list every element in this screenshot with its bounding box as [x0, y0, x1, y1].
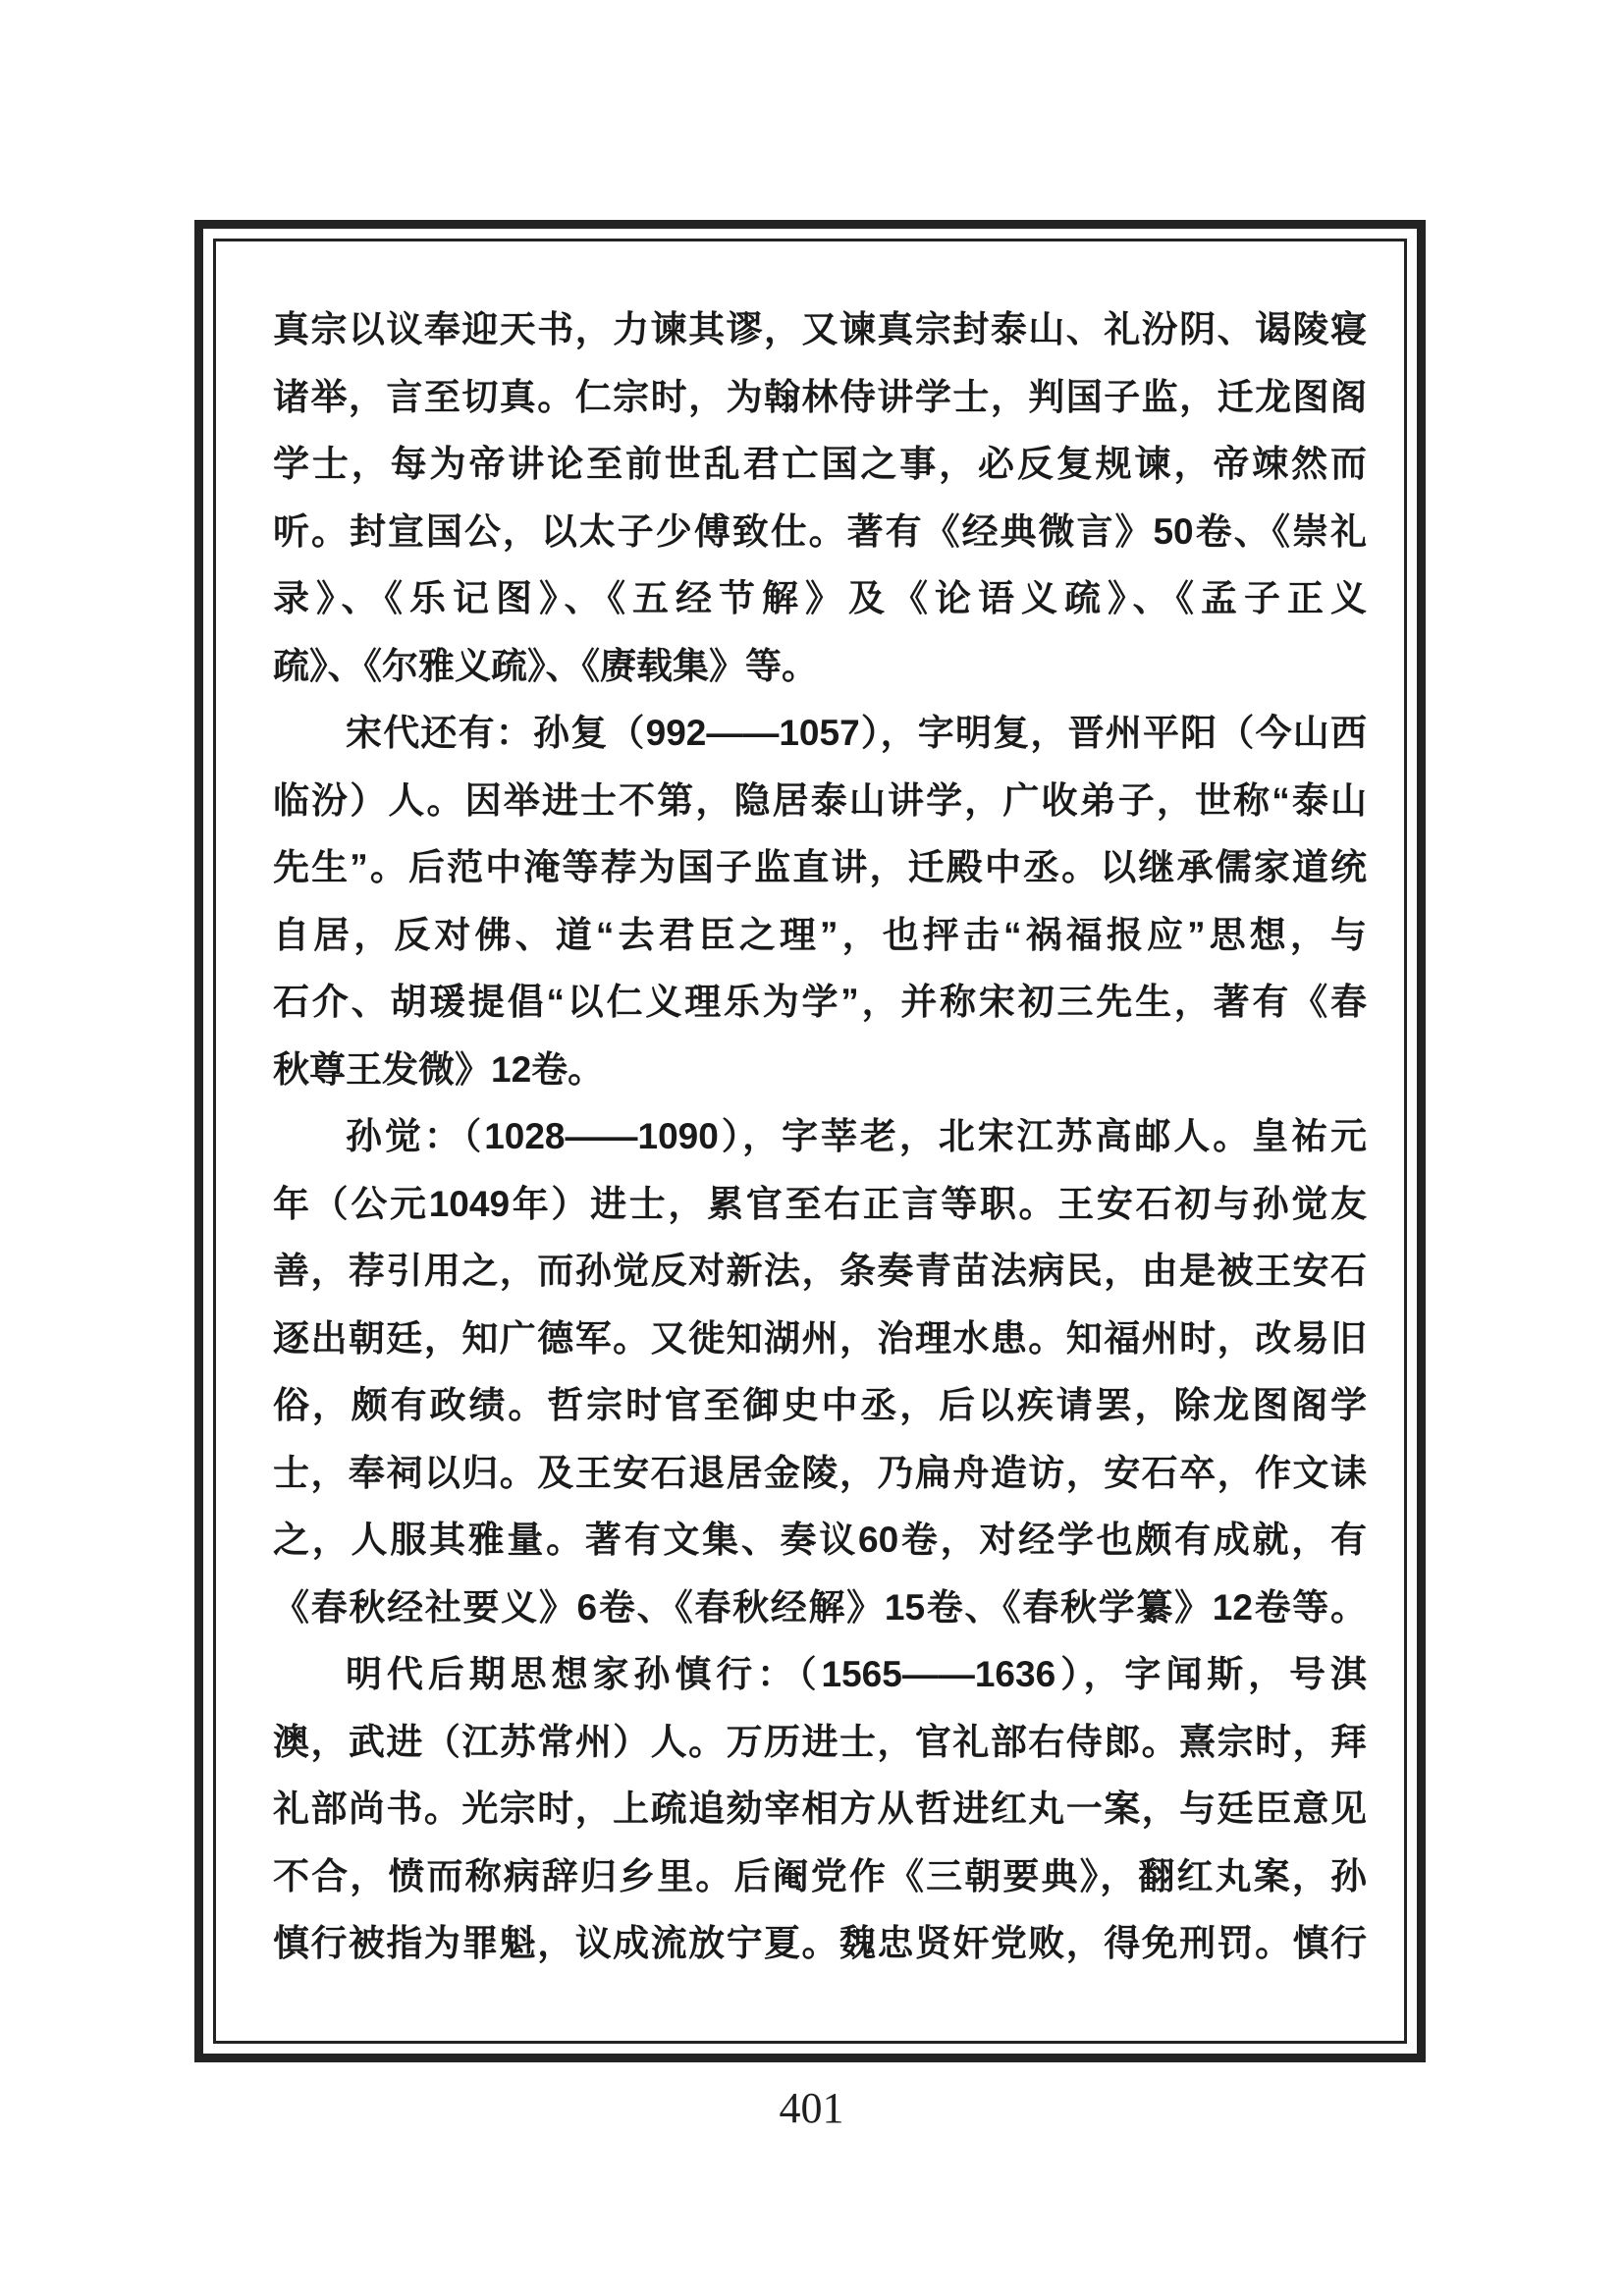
text-line: 礼部尚书。光宗时，上疏追劾宰相方从哲进红丸一案，与廷臣意见 [273, 1776, 1367, 1843]
text-line: 慎行被指为罪魁，议成流放宁夏。魏忠贤奸党败，得免刑罚。慎行 [273, 1910, 1367, 1978]
text-line: 自居，反对佛、道“去君臣之理”，也抨击“祸福报应”思想，与 [273, 902, 1367, 970]
book-page: 真宗以议奉迎天书，力谏其谬，又谏真宗封泰山、礼汾阴、谒陵寝诸举，言至切真。仁宗时… [0, 0, 1623, 2296]
text-line: 《春秋经社要义》6卷、《春秋经解》15卷、《春秋学纂》12卷等。 [273, 1575, 1367, 1642]
text-line: 澳，武进（江苏常州）人。万历进士，官礼部右侍郎。熹宗时，拜 [273, 1709, 1367, 1777]
text-line: 学士，每为帝讲论至前世乱君亡国之事，必反复规谏，帝竦然而 [273, 431, 1367, 499]
text-line: 听。封宣国公，以太子少傅致仕。著有《经典微言》50卷、《崇礼 [273, 499, 1367, 566]
text-line: 之，人服其雅量。著有文集、奏议60卷，对经学也颇有成就，有 [273, 1507, 1367, 1575]
text-line: 年（公元1049年）进士，累官至右正言等职。王安石初与孙觉友 [273, 1171, 1367, 1239]
text-line: 明代后期思想家孙慎行：（1565——1636），字闻斯，号淇 [273, 1641, 1367, 1709]
text-body: 真宗以议奉迎天书，力谏其谬，又谏真宗封泰山、礼汾阴、谒陵寝诸举，言至切真。仁宗时… [273, 296, 1367, 1978]
text-line: 疏》、《尔雅义疏》、《赓载集》等。 [273, 633, 1367, 701]
text-line: 临汾）人。因举进士不第，隐居泰山讲学，广收弟子，世称“泰山 [273, 768, 1367, 835]
text-line: 真宗以议奉迎天书，力谏其谬，又谏真宗封泰山、礼汾阴、谒陵寝 [273, 296, 1367, 364]
text-line: 石介、胡瑗提倡“以仁义理乐为学”，并称宋初三先生，著有《春 [273, 969, 1367, 1037]
text-line: 诸举，言至切真。仁宗时，为翰林侍讲学士，判国子监，迁龙图阁 [273, 364, 1367, 432]
text-line: 善，荐引用之，而孙觉反对新法，条奏青苗法病民，由是被王安石 [273, 1238, 1367, 1306]
text-line: 录》、《乐记图》、《五经节解》及《论语义疏》、《孟子正义 [273, 565, 1367, 633]
text-line: 秋尊王发微》12卷。 [273, 1037, 1367, 1104]
page-border-outer: 真宗以议奉迎天书，力谏其谬，又谏真宗封泰山、礼汾阴、谒陵寝诸举，言至切真。仁宗时… [194, 220, 1426, 2062]
text-line: 孙觉：（1028——1090），字莘老，北宋江苏高邮人。皇祐元 [273, 1103, 1367, 1171]
text-line: 不合，愤而称病辞归乡里。后阉党作《三朝要典》，翻红丸案，孙 [273, 1843, 1367, 1911]
page-border-inner: 真宗以议奉迎天书，力谏其谬，又谏真宗封泰山、礼汾阴、谒陵寝诸举，言至切真。仁宗时… [213, 239, 1407, 2044]
page-number: 401 [0, 2083, 1623, 2133]
text-line: 逐出朝廷，知广德军。又徙知湖州，治理水患。知福州时，改易旧 [273, 1306, 1367, 1373]
text-line: 先生”。后范中淹等荐为国子监直讲，迁殿中丞。以继承儒家道统 [273, 834, 1367, 902]
text-line: 宋代还有：孙复（992——1057），字明复，晋州平阳（今山西 [273, 700, 1367, 768]
text-line: 士，奉祠以归。及王安石退居金陵，乃扁舟造访，安石卒，作文诔 [273, 1440, 1367, 1508]
text-line: 俗，颇有政绩。哲宗时官至御史中丞，后以疾请罢，除龙图阁学 [273, 1372, 1367, 1440]
